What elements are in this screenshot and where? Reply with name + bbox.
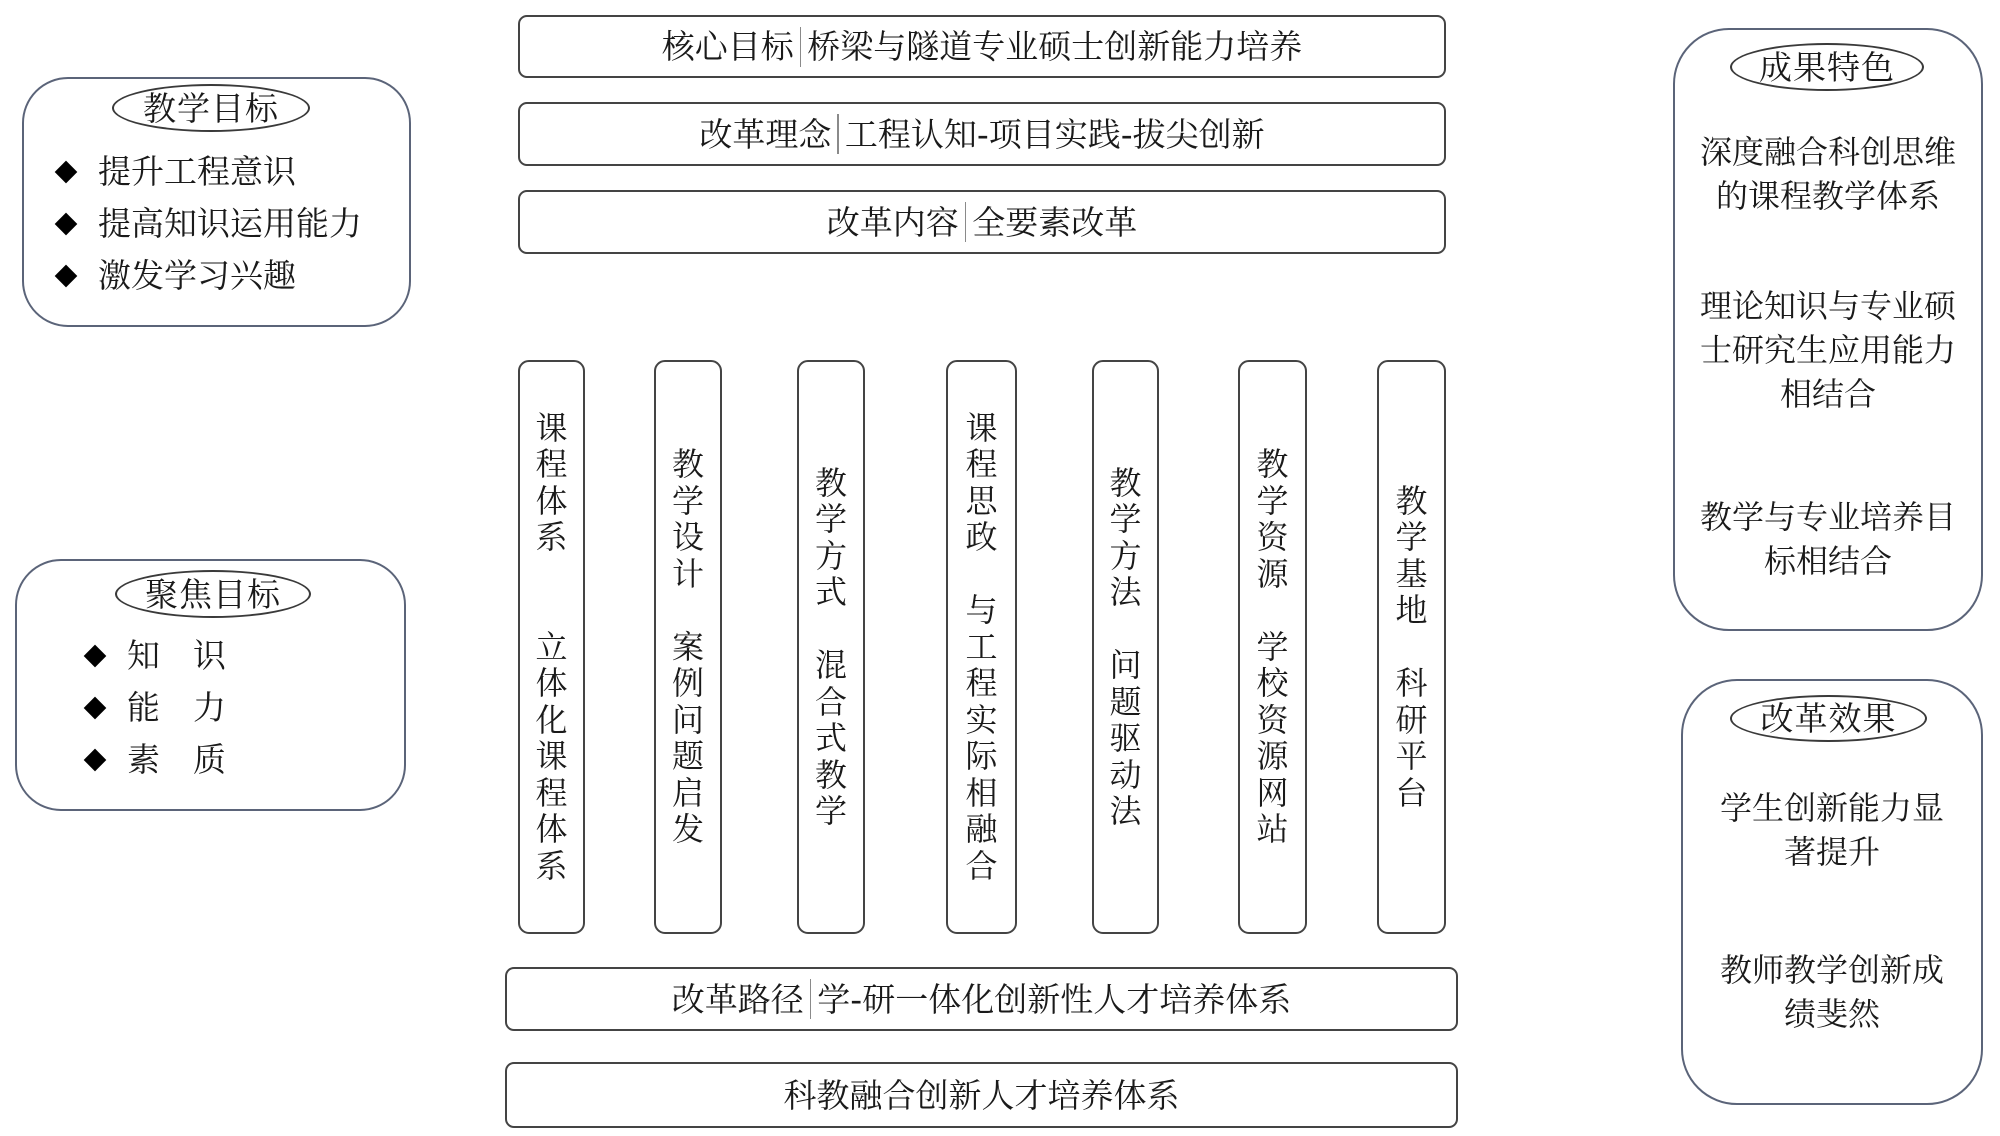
column-subtitle-char: 式 (815, 720, 847, 757)
column-subtitle-char: 与 (965, 592, 997, 629)
column-title-char: 方 (1109, 538, 1141, 575)
innovation-system-bar: 科教融合创新人才培养体系 (505, 1062, 1458, 1128)
column-subtitle-char: 系 (535, 848, 567, 885)
column-subtitle-char: 题 (1109, 684, 1141, 721)
column-title-char: 学 (1395, 519, 1427, 556)
teaching-goal-item: 提升工程意识 (58, 155, 296, 188)
column-title-char: 源 (1256, 556, 1288, 593)
column-subtitle-char: 启 (672, 775, 704, 812)
column-subtitle-char: 案 (672, 629, 704, 666)
column-subtitle-char: 网 (1256, 775, 1288, 812)
teaching-goal-text: 激发学习兴趣 (98, 259, 296, 292)
column-text: 教学基地科研平台 (1395, 483, 1427, 812)
column-subtitle-char: 程 (965, 665, 997, 702)
column-title-char: 学 (1109, 501, 1141, 538)
focus-goal-item: 知 识 (87, 639, 226, 672)
diamond-bullet-icon (84, 748, 107, 771)
column-course-system: 课程体系立体化课程体系 (518, 360, 585, 934)
column-text: 教学资源学校资源网站 (1256, 446, 1288, 848)
column-title-char: 思 (965, 483, 997, 520)
column-text: 课程体系立体化课程体系 (535, 410, 567, 885)
column-subtitle-char: 例 (672, 665, 704, 702)
column-title-char: 学 (1256, 483, 1288, 520)
effect-item: 学生创新能力显 著提升 (1683, 786, 1981, 874)
separator (965, 202, 967, 242)
column-title-char: 基 (1395, 556, 1427, 593)
column-subtitle-char: 混 (815, 647, 847, 684)
column-subtitle-char: 台 (1395, 775, 1427, 812)
column-subtitle-char: 站 (1256, 811, 1288, 848)
diamond-bullet-icon (55, 264, 78, 287)
bar-value: 工程认知-项目实践-拔尖创新 (845, 118, 1265, 151)
column-title-char: 计 (672, 556, 704, 593)
focus-goal-text: 素 质 (127, 743, 226, 776)
bar-value: 科教融合创新人才培养体系 (784, 1079, 1180, 1112)
column-subtitle-char: 立 (535, 629, 567, 666)
column-subtitle-char: 程 (535, 775, 567, 812)
column-text: 教学方法问题驱动法 (1109, 465, 1141, 830)
bar-label: 改革内容 (827, 206, 959, 239)
teaching-goals-panel: 教学目标 提升工程意识 提高知识运用能力 激发学习兴趣 (22, 77, 411, 327)
column-subtitle-char: 学 (815, 793, 847, 830)
column-subtitle-char: 实 (965, 702, 997, 739)
teaching-goal-item: 激发学习兴趣 (58, 259, 296, 292)
column-text: 教学方式混合式教学 (815, 465, 847, 830)
column-subtitle-char: 研 (1395, 702, 1427, 739)
focus-goal-item: 素 质 (87, 743, 226, 776)
diamond-bullet-icon (84, 644, 107, 667)
separator (837, 114, 839, 154)
bar-value: 学-研一体化创新性人才培养体系 (817, 983, 1291, 1016)
column-subtitle-char: 际 (965, 738, 997, 775)
column-subtitle-char: 法 (1109, 793, 1141, 830)
teaching-goal-item: 提高知识运用能力 (58, 207, 362, 240)
column-title-char: 资 (1256, 519, 1288, 556)
column-subtitle-char: 教 (815, 757, 847, 794)
focus-goal-item: 能 力 (87, 691, 226, 724)
column-teaching-resources: 教学资源学校资源网站 (1238, 360, 1307, 934)
separator (810, 979, 812, 1019)
column-teaching-base: 教学基地科研平台 (1377, 360, 1446, 934)
column-subtitle-char: 学 (1256, 629, 1288, 666)
column-title-char: 学 (672, 483, 704, 520)
focus-goals-title: 聚焦目标 (115, 570, 311, 618)
column-teaching-mode: 教学方式混合式教学 (797, 360, 865, 934)
feature-item: 理论知识与专业硕 士研究生应用能力 相结合 (1675, 284, 1981, 416)
column-title-char: 政 (965, 519, 997, 556)
core-goal-bar: 核心目标 桥梁与隧道专业硕士创新能力培养 (518, 15, 1446, 78)
teaching-goal-text: 提高知识运用能力 (98, 207, 362, 240)
column-subtitle-char: 问 (672, 702, 704, 739)
column-title-char: 教 (1109, 465, 1141, 502)
achievement-features-title: 成果特色 (1730, 43, 1924, 91)
effect-item: 教师教学创新成 绩斐然 (1683, 948, 1981, 1036)
column-title-char: 教 (1256, 446, 1288, 483)
column-title-char: 教 (672, 446, 704, 483)
reform-effects-panel: 改革效果 学生创新能力显 著提升 教师教学创新成 绩斐然 (1681, 679, 1983, 1105)
column-subtitle-char: 题 (672, 738, 704, 775)
column-title-char: 法 (1109, 574, 1141, 611)
column-subtitle-char: 合 (815, 684, 847, 721)
column-subtitle-char: 驱 (1109, 720, 1141, 757)
reform-path-bar: 改革路径 学-研一体化创新性人才培养体系 (505, 967, 1458, 1031)
column-subtitle-char: 融 (965, 811, 997, 848)
bar-label: 改革理念 (699, 118, 831, 151)
column-subtitle-char: 科 (1395, 665, 1427, 702)
column-subtitle-char: 体 (535, 811, 567, 848)
focus-goal-text: 能 力 (127, 691, 226, 724)
focus-goals-title-text: 聚焦目标 (145, 578, 281, 611)
reform-content-bar: 改革内容 全要素改革 (518, 190, 1446, 254)
column-title-char: 体 (535, 483, 567, 520)
column-subtitle-char: 动 (1109, 757, 1141, 794)
bar-value: 全要素改革 (972, 206, 1137, 239)
teaching-goals-title-text: 教学目标 (143, 92, 279, 125)
column-subtitle-char: 校 (1256, 665, 1288, 702)
teaching-goal-text: 提升工程意识 (98, 155, 296, 188)
column-title-char: 设 (672, 519, 704, 556)
column-subtitle-char: 相 (965, 775, 997, 812)
column-title-char: 式 (815, 574, 847, 611)
column-title-char: 学 (815, 501, 847, 538)
focus-goal-text: 知 识 (127, 639, 226, 672)
diamond-bullet-icon (55, 212, 78, 235)
column-subtitle-char: 源 (1256, 738, 1288, 775)
column-title-char: 课 (535, 410, 567, 447)
column-title-char: 系 (535, 519, 567, 556)
bar-value: 桥梁与隧道专业硕士创新能力培养 (807, 30, 1302, 63)
column-text: 教学设计案例问题启发 (672, 446, 704, 848)
achievement-features-title-text: 成果特色 (1759, 51, 1895, 84)
column-text: 课程思政与工程实际相融合 (965, 410, 997, 885)
feature-item: 深度融合科创思维 的课程教学体系 (1675, 130, 1981, 218)
column-title-char: 课 (965, 410, 997, 447)
column-title-char: 程 (965, 446, 997, 483)
reform-concept-bar: 改革理念 工程认知-项目实践-拔尖创新 (518, 102, 1446, 166)
column-subtitle-char: 合 (965, 848, 997, 885)
achievement-features-panel: 成果特色 深度融合科创思维 的课程教学体系 理论知识与专业硕 士研究生应用能力 … (1673, 28, 1983, 631)
column-teaching-method: 教学方法问题驱动法 (1092, 360, 1159, 934)
column-ideology: 课程思政与工程实际相融合 (946, 360, 1017, 934)
separator (800, 27, 802, 67)
column-subtitle-char: 问 (1109, 647, 1141, 684)
reform-effects-title-text: 改革效果 (1761, 702, 1897, 735)
diamond-bullet-icon (55, 160, 78, 183)
teaching-goals-title: 教学目标 (112, 84, 310, 132)
column-subtitle-char: 化 (535, 702, 567, 739)
feature-item: 教学与专业培养目 标相结合 (1675, 495, 1981, 583)
column-subtitle-char: 平 (1395, 738, 1427, 775)
column-subtitle-char: 工 (965, 629, 997, 666)
column-title-char: 程 (535, 446, 567, 483)
column-subtitle-char: 资 (1256, 702, 1288, 739)
bar-label: 改革路径 (672, 983, 804, 1016)
column-title-char: 教 (1395, 483, 1427, 520)
column-teaching-design: 教学设计案例问题启发 (654, 360, 722, 934)
column-subtitle-char: 课 (535, 738, 567, 775)
bar-label: 核心目标 (662, 30, 794, 63)
column-subtitle-char: 发 (672, 811, 704, 848)
column-title-char: 方 (815, 538, 847, 575)
reform-effects-title: 改革效果 (1730, 695, 1927, 742)
column-title-char: 地 (1395, 592, 1427, 629)
column-title-char: 教 (815, 465, 847, 502)
focus-goals-panel: 聚焦目标 知 识 能 力 素 质 (15, 559, 406, 811)
column-subtitle-char: 体 (535, 665, 567, 702)
diamond-bullet-icon (84, 696, 107, 719)
